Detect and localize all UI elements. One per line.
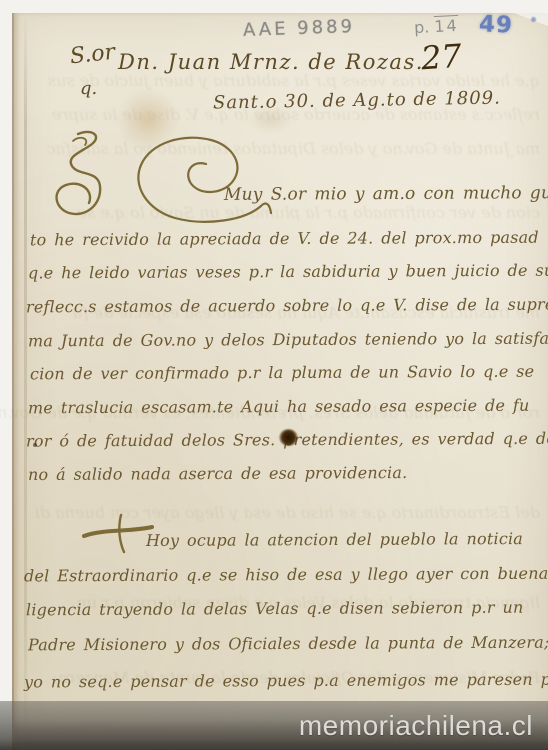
ink-scribble-drawing [48,128,110,222]
salutation-abbreviation: S.or [69,40,116,70]
manuscript-line: del Estraordinario q.e se hiso de esa y … [24,564,548,586]
manuscript-line: Muy S.or mio y am.o con mucho gus [224,183,548,205]
archival-mark-page-number: p. 14 [414,16,460,37]
manuscript-line: to he recivido la apreciada de V. de 24.… [30,228,539,250]
manuscript-line: me traslucia escasam.te Aqui ha sesado e… [28,396,530,418]
salutation-abbreviation-sub: q. [80,78,97,99]
scanned-letter-page: q.e he leido varias veses p.r la sabidur… [0,0,548,750]
manuscript-line: ma Junta de Gov.no y delos Diputados ten… [28,329,548,351]
manuscript-line: reflecc.s estamos de acuerdo sobre lo q.… [26,295,548,317]
addressee-line: Dn. Juan Mrnz. de Rozas. [118,50,424,74]
manuscript-line: cion de ver confirmado p.r la pluma de u… [30,362,534,384]
cross-mark [82,512,154,554]
watermark-bar: memoriachilena.cl [0,701,548,750]
folio-number-ink: 27 [420,37,463,78]
archival-mark-pencil-code: AAE 9889 [243,16,356,41]
manuscript-line: Hoy ocupa la atencion del pueblo la noti… [146,529,523,550]
manuscript-line: ligencia trayendo la delas Velas q.e dis… [26,598,524,620]
spiral-flourish-drawing [120,128,272,224]
ink-speck [33,443,37,447]
paper-crease [24,13,27,750]
manuscript-line: q.e he leido varias veses p.r la sabidur… [28,261,548,283]
manuscript-line: Padre Misionero y dos Oficiales desde la… [28,633,548,655]
watermark-label: memoriachilena.cl [299,710,533,742]
manuscript-line: no á salido nada aserca de esa providenc… [28,463,407,484]
blue-ink-speck [531,17,536,22]
page-prefix: p. [414,17,430,37]
page-number: 14 [434,16,459,36]
manuscript-line: yo no seq.e pensar de esso pues p.a enem… [24,670,548,692]
ink-blot-stain [279,429,298,446]
archival-mark-blue-number: 49 [479,11,514,38]
